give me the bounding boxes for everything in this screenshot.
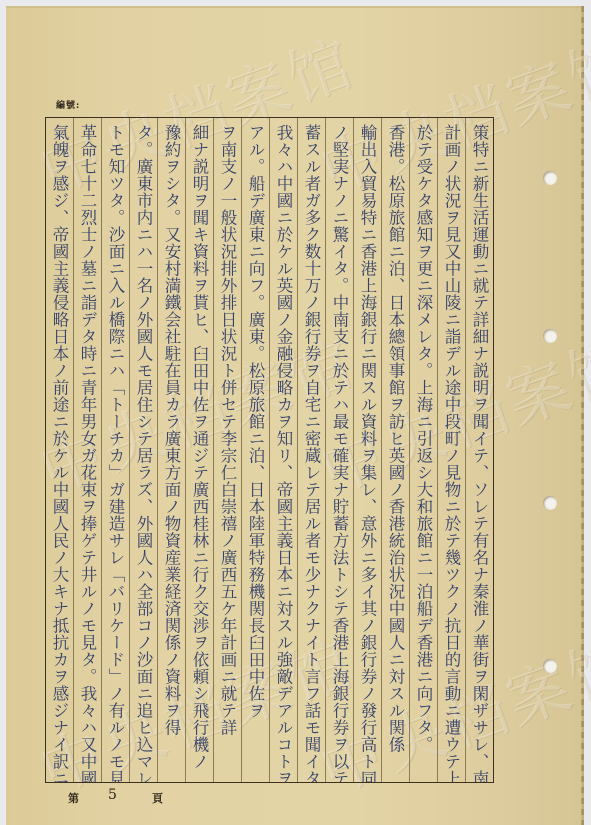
manuscript-grid: 策特ニ新生活運動ニ就テ詳細ナ説明ヲ聞イテ、ソレテ有名ナ秦淮ノ華街ヲ閑ザサレ、南京… (45, 117, 494, 783)
text-column: トモ知ツタ。沙面ニ入ル橋際ニハ「トーチカ」ガ建造サレ「バリケード」ノ有ルノモ見タ… (101, 118, 129, 782)
text-column: 細ナ説明ヲ聞キ資料ヲ貰ヒ、臼田中佐ヲ通ジテ廣西桂林ニ行ク交渉ヲ依頼シ飛行機ノ (185, 118, 213, 782)
page-suffix: 頁 (152, 790, 163, 806)
text-column: 於テ受ケタ感知ヲ更ニ深メレタ。上海ニ引返シ大和旅館ニ一泊船デ香港ニ向フタ。 (409, 118, 437, 782)
text-column: 蓄スル者ガ多ク数十万ノ銀行券ヲ自宅ニ密蔵レテ居ル者モ少ナクナイト言フ話モ聞イタ。 (297, 118, 325, 782)
page-prefix: 第 (68, 790, 79, 806)
binder-hole (543, 659, 557, 673)
text-column: タ。廣東市内ニハ一名ノ外國人モ居住シテ居ラズ、外國人ハ全部コノ沙面ニ追ヒ込マレテ… (129, 118, 157, 782)
text-column: 香港。松原旅館ニ泊、日本總領事館ヲ訪ヒ英國ノ香港統治状況中國人ニ対スル関係 (381, 118, 409, 782)
text-column: ヲ南支ノ一般状況排外排日状況ト併セテ李宗仁白崇禧ノ廣西五ケ年計画ニ就テ詳 (213, 118, 241, 782)
binder-hole (543, 171, 557, 185)
text-column: 我々ハ中國ニ於ケル英國ノ金融侵略カヲ知リ、帝國主義日本ニ対スル強敵デアルコトヲ感… (269, 118, 297, 782)
text-column: 輸出入貿易特ニ香港上海銀行ニ関スル資料ヲ集レ、意外ニ多イ其ノ銀行券ノ發行高ト同簿 (353, 118, 381, 782)
page-number: 5 (108, 787, 117, 803)
text-column: 豫約ヲシタ。又安村満鐵会社駐在員カラ廣東方面ノ物資産業経済関係ノ資料ヲ得 (157, 118, 185, 782)
number-label: 編號: (56, 98, 80, 111)
text-column: アル。船デ廣東ニ向フ。廣東。松原旅館ニ泊、日本陸軍特務機関長臼田中佐ヲ (241, 118, 269, 782)
binder-hole (543, 329, 557, 343)
text-column: 計画ノ状況ヲ見又中山陵ニ詣デル途中段町ノ見物ニ於テ幾ツクノ抗日的言動ニ遭ウテ上海… (437, 118, 465, 782)
text-column: 革命七十二烈士ノ墓ニ詣デタ時ニ青年男女ガ花束ヲ捧ゲテ井ルノモ見タ。我々ハ又中國人… (73, 118, 101, 782)
text-column: ノ堅実ナノニ驚イタ。中南支ニ於テハ最モ確実ナ貯蓄方法トシテ香港上海銀行券ヲ以テ貯 (325, 118, 353, 782)
text-column: 策特ニ新生活運動ニ就テ詳細ナ説明ヲ聞イテ、ソレテ有名ナ秦淮ノ華街ヲ閑ザサレ、南京… (465, 118, 493, 782)
text-column: 氣魄ヲ感ジ、帝國主義侵略日本ノ前途ニ於ケル中國人民ノ大キナ抵抗カヲ感ジナイ訳ニハ (46, 118, 73, 782)
binder-hole (543, 496, 557, 510)
